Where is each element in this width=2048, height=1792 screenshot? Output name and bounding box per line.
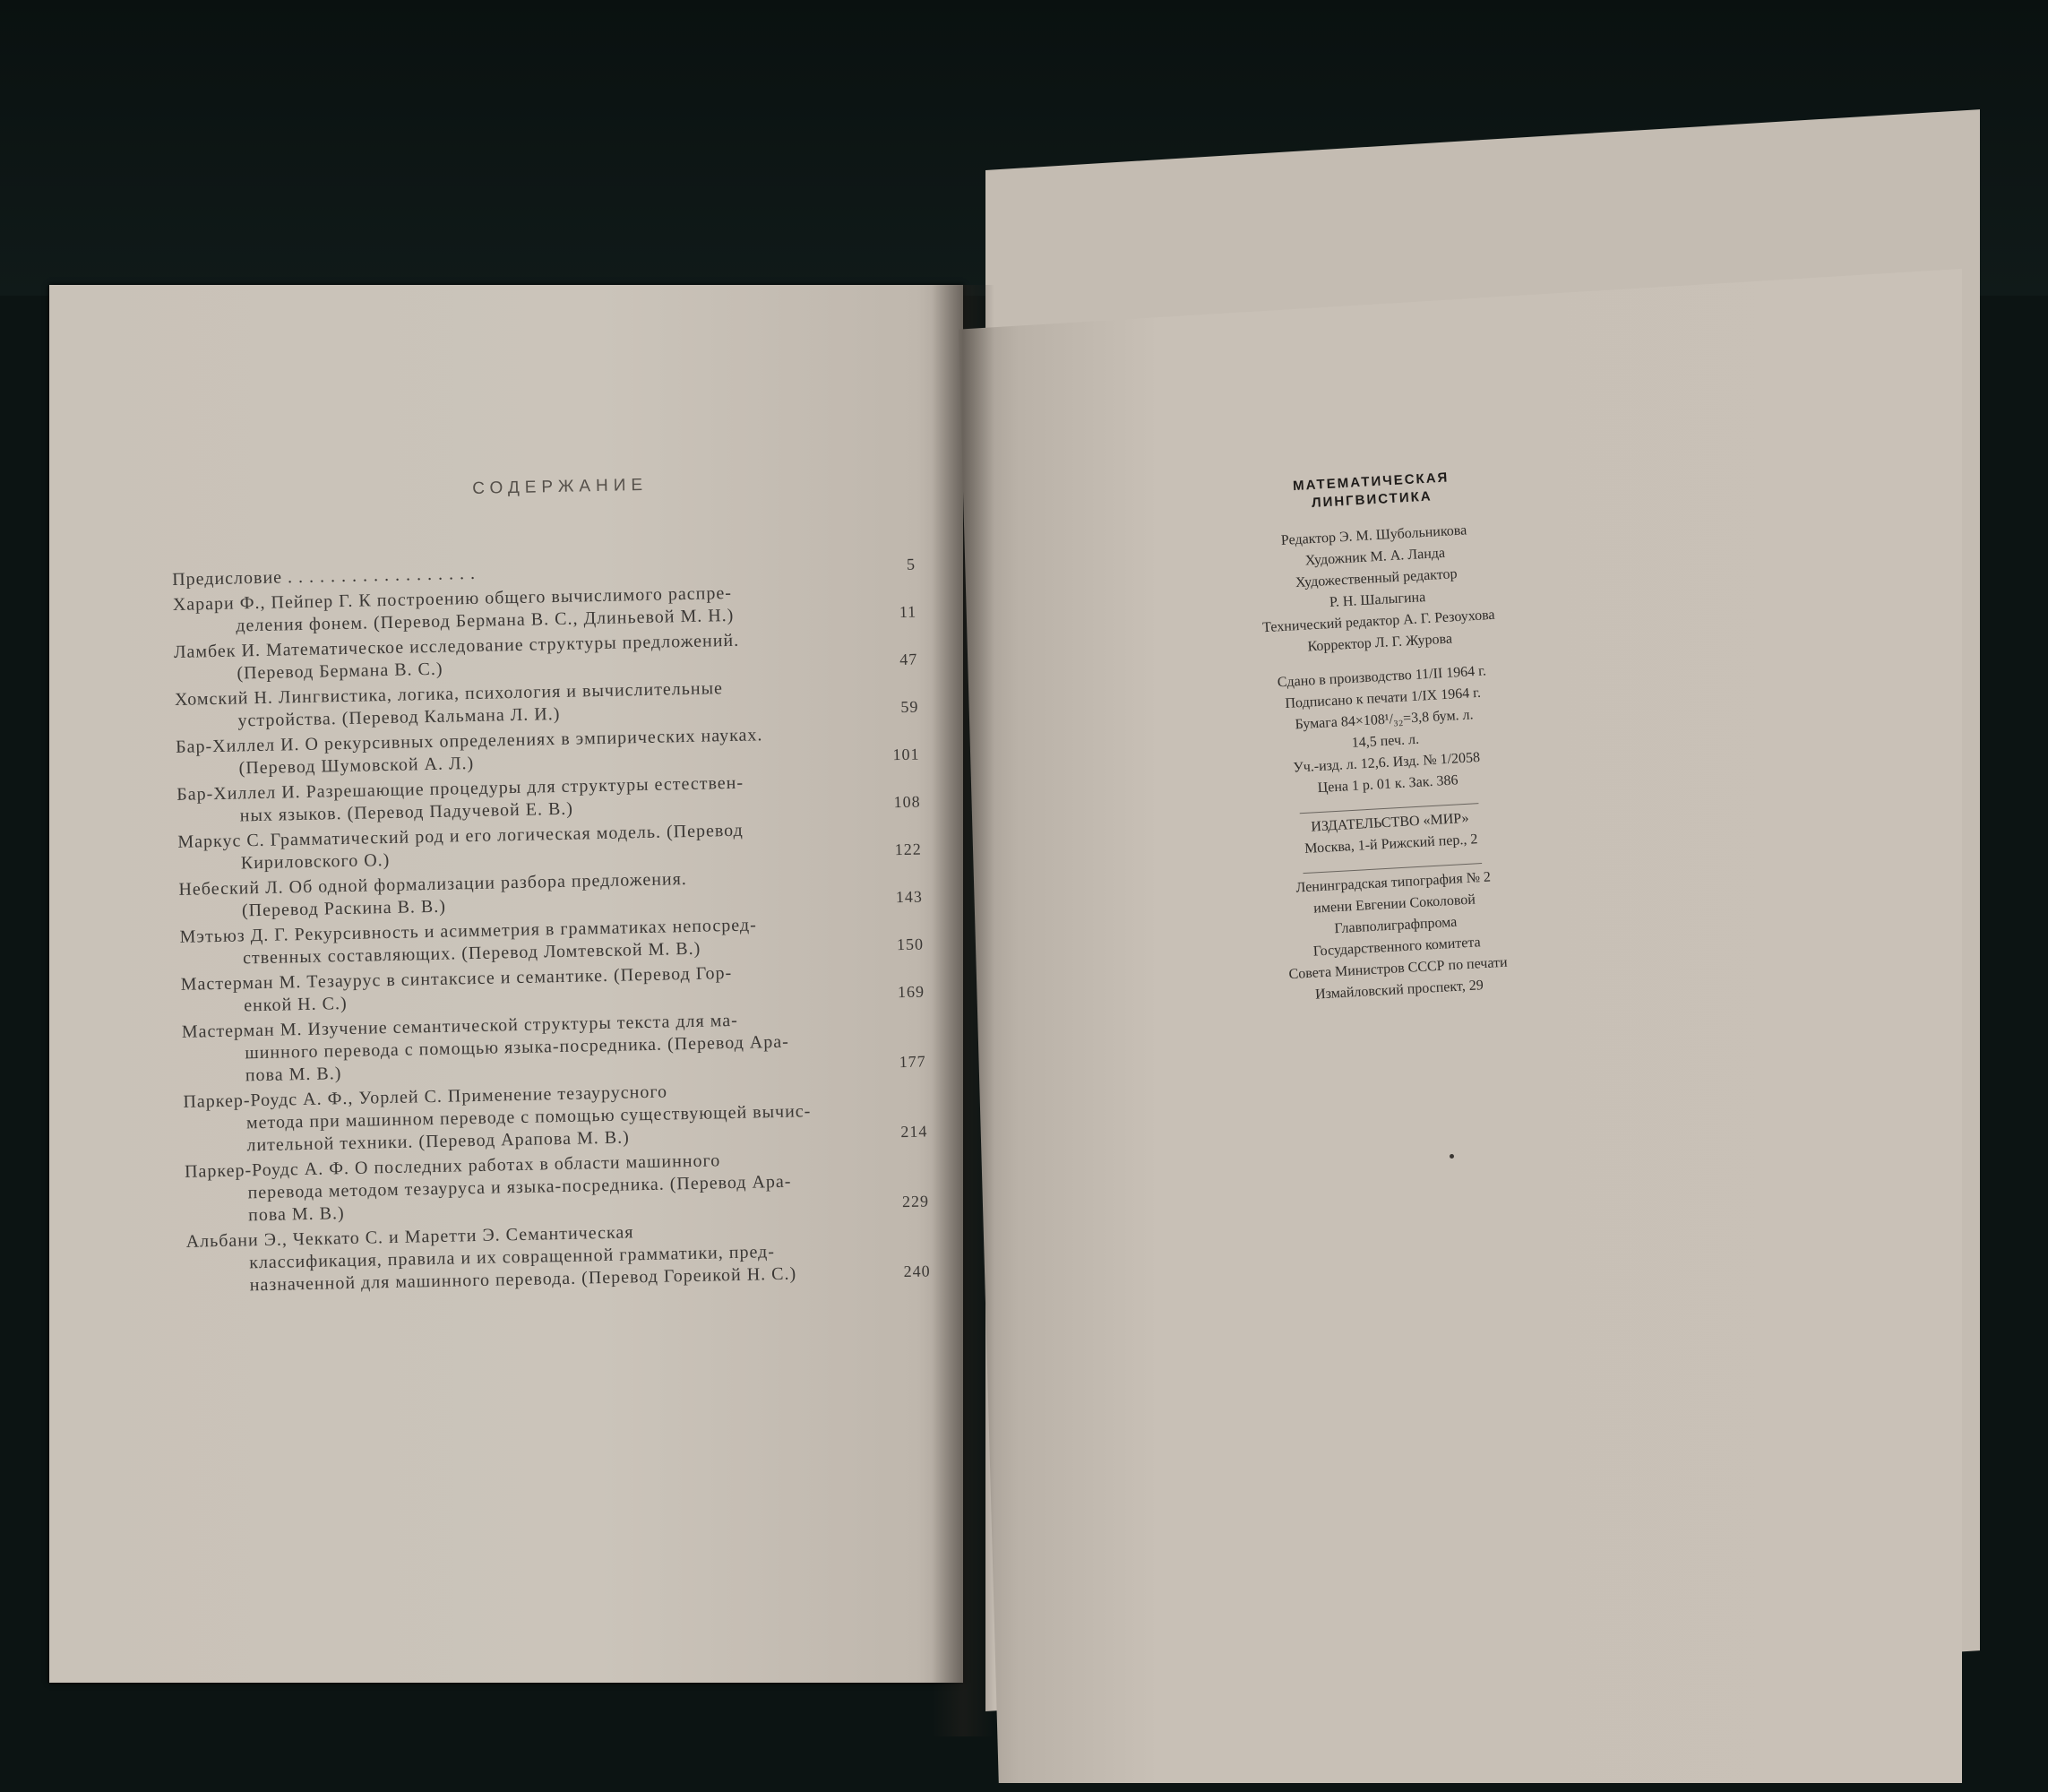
toc-page-number: 47 [864, 649, 918, 672]
speck [1450, 1154, 1454, 1159]
publisher: ИЗДАТЕЛЬСТВО «МИР»Москва, 1-й Рижский пе… [1201, 802, 1579, 866]
toc-entries: Предисловие . . . . . . . . . . . . . . … [172, 554, 931, 1298]
toc-page-number: 229 [875, 1190, 930, 1213]
toc-page-number: 108 [866, 791, 921, 814]
print-info: Сдано в производство 11/II 1964 г.Подпис… [1193, 656, 1576, 806]
toc-page-number: 122 [867, 839, 922, 862]
toc-entry: Альбани Э., Чеккато С. и Маретти Э. Сема… [185, 1215, 930, 1297]
toc-entry: Паркер-Роудс А. Ф. О последних работах в… [185, 1145, 929, 1228]
toc-entry: Мастерман М. Изучение семантической стру… [182, 1005, 926, 1088]
toc-page-number: 143 [869, 886, 924, 909]
toc-page-number: 59 [865, 696, 919, 719]
toc-page-number: 101 [865, 744, 920, 767]
toc-page-number: 169 [871, 980, 925, 1004]
toc-page-number: 150 [870, 934, 925, 957]
toc-page-number: 214 [873, 1120, 928, 1143]
toc-entry: Паркер-Роудс А. Ф., Уорлей С. Применение… [183, 1075, 927, 1158]
printer: Ленинградская типография № 2имени Евгени… [1205, 862, 1588, 1012]
toc-page-number: 240 [876, 1260, 931, 1283]
book-spine-shadow [932, 285, 994, 1736]
toc-page-number: 11 [863, 601, 917, 625]
toc-page-number: 5 [862, 554, 916, 577]
table-of-contents: СОДЕРЖАНИЕ Предисловие . . . . . . . . .… [170, 469, 931, 1301]
toc-page-number: 177 [872, 1050, 926, 1073]
imprint-block: МАТЕМАТИЧЕСКАЯ ЛИНГВИСТИКА Редактор Э. М… [1183, 463, 1588, 1025]
credits: Редактор Э. М. ШубольниковаХудожник М. А… [1185, 514, 1568, 664]
